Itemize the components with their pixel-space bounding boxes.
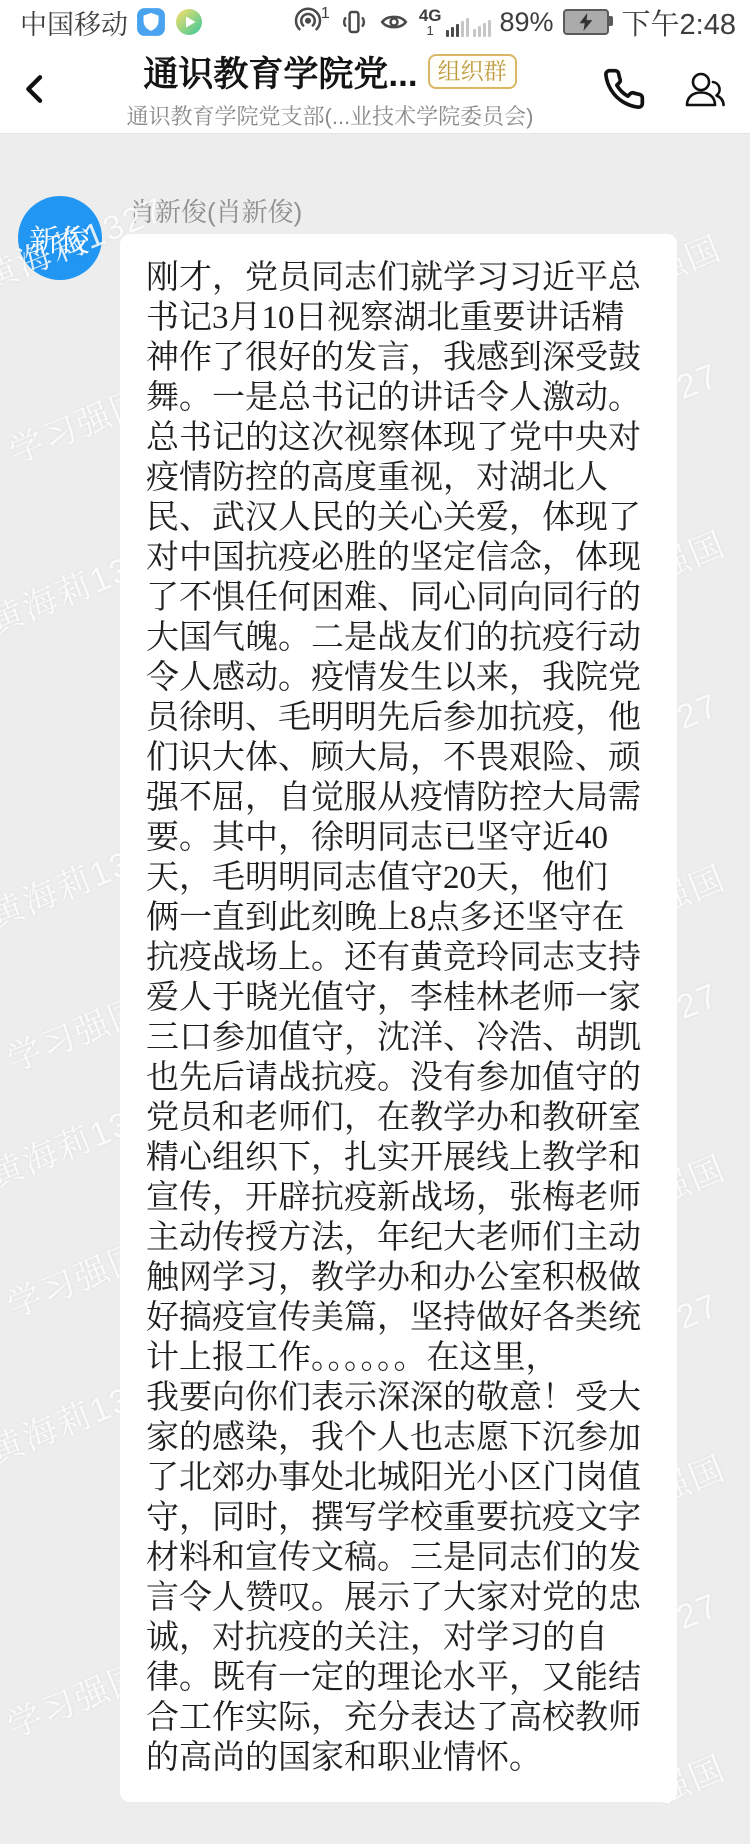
group-members-icon [680,67,728,111]
eye-protection-icon [378,7,410,37]
hotspot-indicator: 1 [293,7,330,37]
network-type: 4G 1 [419,7,442,37]
hotspot-icon [293,7,323,37]
status-bar-right: 1 4G 1 89% [293,2,736,43]
header-title-block: 通识教育学院党... 组织群 通识教育学院党支部(...业技术学院委员会) [70,47,590,131]
avatar-label: 新俊 [29,216,91,260]
hotspot-count-badge: 1 [321,5,330,23]
title-row: 通识教育学院党... 组织群 [143,47,516,97]
chat-title: 通识教育学院党... [143,47,417,97]
avatar[interactable]: 新俊 [18,196,102,280]
video-play-app-icon [174,7,204,37]
voice-call-button[interactable] [602,67,646,111]
sim-badge: 1 [427,24,434,37]
group-type-badge: 组织群 [428,54,517,90]
back-icon [15,66,55,112]
chat-header: 通识教育学院党... 组织群 通识教育学院党支部(...业技术学院委员会) [0,44,750,134]
carrier-label: 中国移动 [20,3,128,42]
phone-call-icon [602,67,646,111]
clock-label: 下午2:48 [622,2,736,43]
group-members-button[interactable] [680,67,728,111]
back-button[interactable] [0,44,70,134]
watermark-text: 黄海莉13 [0,836,138,938]
signal-bars-sim2-icon [473,20,491,37]
header-actions [590,67,750,111]
watermark-text: 黄海莉13 [0,542,138,644]
chat-subtitle: 通识教育学院党支部(...业技术学院委员会) [127,100,534,131]
signal-bars-icon [446,18,469,37]
message-text: 刚才，党员同志们就学习习近平总 书记3月10日视察湖北重要讲话精 神作了很好的发… [146,258,647,1778]
battery-percent-label: 89% [500,7,554,38]
watermark-text: 黄海莉13 [0,1096,138,1198]
cellular-signal-indicator: 4G 1 [419,7,491,37]
watermark-text: 黄海莉13 [0,1372,138,1474]
vibrate-icon [339,7,369,37]
chat-area: 黄海莉1327学习强国黄海莉13黄海莉13学习强国黄海莉13学习强国黄海莉13学… [0,134,750,1844]
sender-name: 肖新俊(肖新俊) [129,192,302,229]
security-shield-app-icon [136,7,166,37]
message-bubble[interactable]: 刚才，党员同志们就学习习近平总 书记3月10日视察湖北重要讲话精 神作了很好的发… [120,234,677,1802]
wechat-group-chat-screen: { "status_bar": { "carrier": "中国移动", "ho… [0,0,750,1844]
status-bar-left: 中国移动 [20,3,204,42]
battery-charging-icon [563,9,609,35]
status-bar: 中国移动 1 [0,0,750,44]
